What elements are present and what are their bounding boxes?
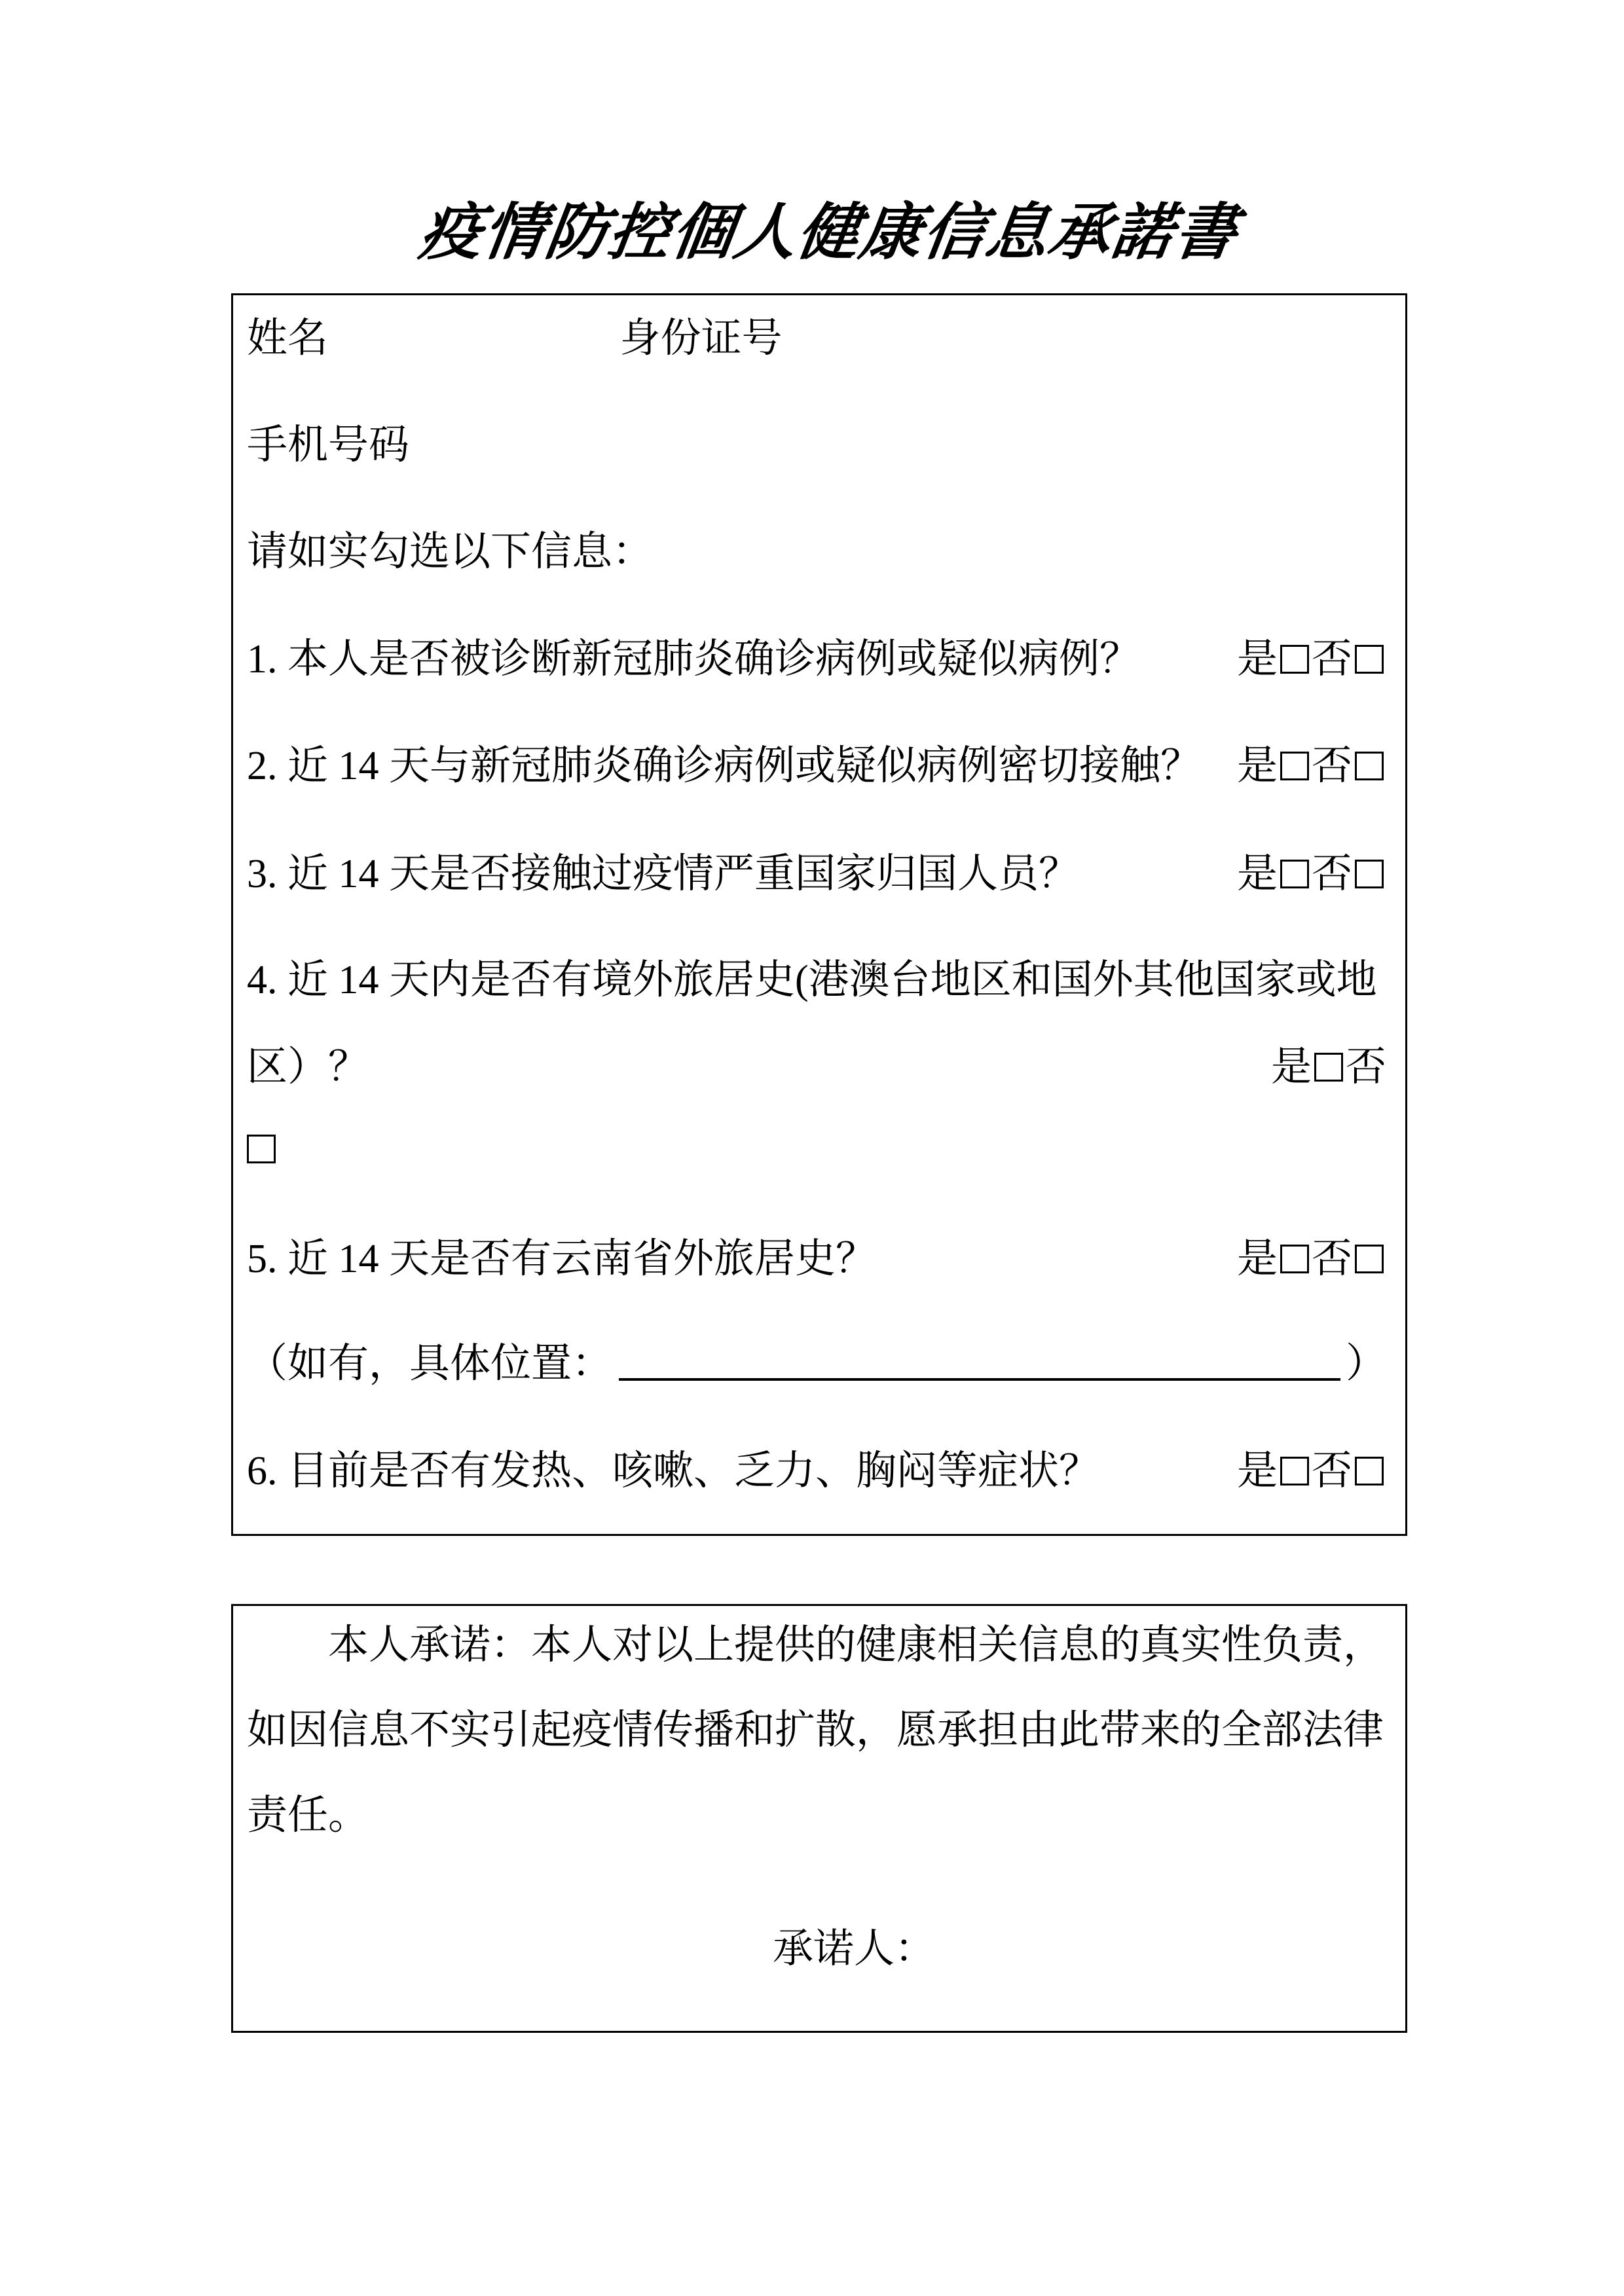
question-4-row-line1: 4. 近 14 天内是否有境外旅居史(港澳台地区和国外其他国家或地 xyxy=(247,953,1386,1008)
question-5-no-checkbox[interactable] xyxy=(1355,1245,1384,1273)
question-1-no-checkbox[interactable] xyxy=(1355,645,1384,674)
phone-row: 手机号码 xyxy=(247,418,1386,473)
id-number-label: 身份证号 xyxy=(620,311,783,366)
pledge-line-1: 本人承诺：本人对以上提供的健康相关信息的真实性负责， xyxy=(247,1618,1386,1673)
no-label: 否 xyxy=(1312,1449,1352,1493)
page-title-text: 疫情防控個人健康信息承諾書 xyxy=(415,196,1243,270)
question-6-yes-checkbox[interactable] xyxy=(1280,1457,1309,1485)
question-6-text: 6. 目前是否有发热、咳嗽、乏力、胸闷等症状？ xyxy=(247,1444,1099,1499)
question-4-text-line2: 区）？ xyxy=(247,1040,369,1095)
question-5-yes-checkbox[interactable] xyxy=(1280,1245,1309,1273)
question-5-text: 5. 近 14 天是否有云南省外旅居史？ xyxy=(247,1231,876,1286)
pledge-text-line3: 责任。 xyxy=(247,1793,369,1838)
question-6-row: 6. 目前是否有发热、咳嗽、乏力、胸闷等症状？ 是否 xyxy=(247,1444,1386,1499)
question-4-row-line2: 区）？ 是否 xyxy=(247,1040,1386,1095)
yes-label: 是 xyxy=(1271,1045,1312,1089)
instruction-row: 请如实勾选以下信息： xyxy=(247,524,1386,579)
question-5-row: 5. 近 14 天是否有云南省外旅居史？ 是否 xyxy=(247,1231,1386,1286)
question-6-no-checkbox[interactable] xyxy=(1355,1457,1384,1485)
pledge-text-line1: 本人承诺：本人对以上提供的健康相关信息的真实性负责， xyxy=(328,1623,1384,1667)
location-suffix-text: ） xyxy=(1346,1336,1386,1391)
question-2-text: 2. 近 14 天与新冠肺炎确诊病例或疑似病例密切接触？ xyxy=(247,738,1201,793)
location-prefix-text: （如有，具体位置： xyxy=(247,1336,612,1391)
pledge-line-2: 如因信息不实引起疫情传播和扩散，愿承担由此带来的全部法律 xyxy=(247,1703,1386,1758)
question-3-no-checkbox[interactable] xyxy=(1355,860,1384,888)
question-4-text-line1: 4. 近 14 天内是否有境外旅居史(港澳台地区和国外其他国家或地 xyxy=(247,958,1377,1002)
document-page: 疫情防控個人健康信息承諾書 姓名 身份证号 手机号码 请如实勾选以下信息： 1.… xyxy=(0,0,1624,2296)
no-label: 否 xyxy=(1312,1237,1352,1281)
no-label: 否 xyxy=(1346,1045,1386,1089)
pledge-box: 本人承诺：本人对以上提供的健康相关信息的真实性负责， 如因信息不实引起疫情传播和… xyxy=(231,1604,1407,2033)
name-label: 姓名 xyxy=(247,316,328,361)
question-2-row: 2. 近 14 天与新冠肺炎确诊病例或疑似病例密切接触？ 是否 xyxy=(247,738,1386,793)
question-2-yes-checkbox[interactable] xyxy=(1280,752,1309,780)
name-id-row: 姓名 身份证号 xyxy=(247,311,1386,366)
pledge-text-line2: 如因信息不实引起疫情传播和扩散，愿承担由此带来的全部法律 xyxy=(247,1708,1384,1753)
question-1-yesno: 是否 xyxy=(1237,632,1386,687)
no-label: 否 xyxy=(1312,852,1352,896)
no-label: 否 xyxy=(1312,744,1352,788)
question-6-yesno: 是否 xyxy=(1237,1444,1386,1499)
question-3-yes-checkbox[interactable] xyxy=(1280,860,1309,888)
question-4-yesno: 是否 xyxy=(1271,1040,1386,1095)
signer-label: 承诺人： xyxy=(773,1922,935,1977)
question-1-row: 1. 本人是否被诊断新冠肺炎确诊病例或疑似病例？ 是否 xyxy=(247,632,1386,687)
question-2-no-checkbox[interactable] xyxy=(1355,752,1384,780)
question-2-yesno: 是否 xyxy=(1237,738,1386,793)
yes-label: 是 xyxy=(1237,852,1278,896)
location-blank-field[interactable] xyxy=(619,1378,1340,1381)
question-5-yesno: 是否 xyxy=(1237,1231,1386,1286)
question-3-text: 3. 近 14 天是否接触过疫情严重国家归国人员？ xyxy=(247,847,1079,902)
question-1-yes-checkbox[interactable] xyxy=(1280,645,1309,674)
question-4-row-line3 xyxy=(247,1121,1386,1176)
pledge-line-3: 责任。 xyxy=(247,1788,1386,1843)
signer-row: 承诺人： xyxy=(247,1922,1386,1977)
no-label: 否 xyxy=(1312,637,1352,682)
yes-label: 是 xyxy=(1237,1449,1278,1493)
question-4-no-checkbox[interactable] xyxy=(247,1135,276,1163)
phone-label: 手机号码 xyxy=(247,423,409,467)
question-1-text: 1. 本人是否被诊断新冠肺炎确诊病例或疑似病例？ xyxy=(247,632,1140,687)
question-5-detail-row: （如有，具体位置： ） xyxy=(247,1336,1386,1391)
question-3-yesno: 是否 xyxy=(1237,847,1386,902)
instruction-text: 请如实勾选以下信息： xyxy=(247,530,653,574)
question-3-row: 3. 近 14 天是否接触过疫情严重国家归国人员？ 是否 xyxy=(247,847,1386,902)
yes-label: 是 xyxy=(1237,637,1278,682)
health-info-box: 姓名 身份证号 手机号码 请如实勾选以下信息： 1. 本人是否被诊断新冠肺炎确诊… xyxy=(231,293,1407,1536)
yes-label: 是 xyxy=(1237,1237,1278,1281)
question-4-yes-checkbox[interactable] xyxy=(1314,1053,1343,1082)
page-title: 疫情防控個人健康信息承諾書 xyxy=(0,196,1624,270)
yes-label: 是 xyxy=(1237,744,1278,788)
